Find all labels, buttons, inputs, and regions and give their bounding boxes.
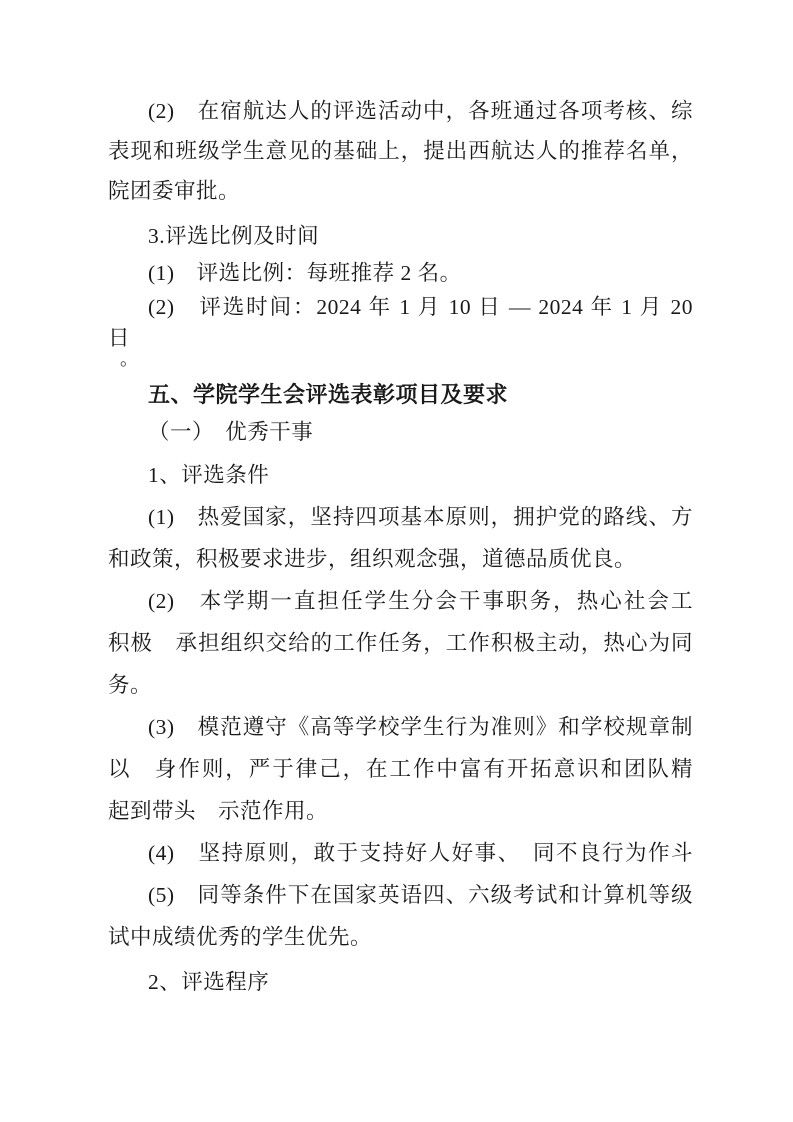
- sub-heading: （一） 优秀干事: [108, 414, 693, 450]
- text-line: (5) 同等条件下在国家英语四、六级考试和计算机等级考: [108, 874, 693, 916]
- text-line: (2) 评选时间：2024 年 1 月 10 日 — 2024 年 1 月 20: [108, 290, 693, 324]
- text-line: 积极 承担组织交给的工作任务，工作积极主动，热心为同学服: [108, 622, 693, 664]
- numbered-subtitle: 2、评选程序: [108, 964, 693, 1000]
- text-line: (3) 模范遵守《高等学校学生行为准则》和学校规章制度，: [108, 706, 693, 748]
- text-line: (2) 本学期一直担任学生分会干事职务，热心社会工作，: [108, 580, 693, 622]
- text-line: (1) 评选比例：每班推荐 2 名。: [108, 256, 693, 290]
- text-line: 院团委审批。: [108, 171, 693, 211]
- text-line: 和政策，积极要求进步，组织观念强，道德品质优良。: [108, 538, 693, 580]
- text-line: 起到带头 示范作用。: [108, 790, 693, 832]
- text-line: (2) 在宿航达人的评选活动中，各班通过各项考核、综合: [108, 91, 693, 131]
- text-line: (1) 热爱国家，坚持四项基本原则，拥护党的路线、方针: [108, 496, 693, 538]
- document-page: (2) 在宿航达人的评选活动中，各班通过各项考核、综合 表现和班级学生意见的基础…: [0, 0, 793, 1122]
- text-line: 务。: [108, 664, 693, 706]
- text-line: 试中成绩优秀的学生优先。: [108, 916, 693, 958]
- text-line: 表现和班级学生意见的基础上，提出西航达人的推荐名单，报: [108, 131, 693, 171]
- numbered-subtitle: 3.评选比例及时间: [108, 216, 693, 256]
- text-line: 日: [108, 324, 693, 352]
- section-heading: 五、学院学生会评选表彰项目及要求: [108, 380, 693, 410]
- text-line: 以 身作则，严于律己，在工作中富有开拓意识和团队精神，能: [108, 748, 693, 790]
- text-line: 。: [108, 352, 693, 368]
- page-content: (2) 在宿航达人的评选活动中，各班通过各项考核、综合 表现和班级学生意见的基础…: [108, 91, 693, 1000]
- numbered-subtitle: 1、评选条件: [108, 457, 693, 493]
- text-line: (4) 坚持原则，敢于支持好人好事、 同不良行为作斗争。: [108, 832, 693, 874]
